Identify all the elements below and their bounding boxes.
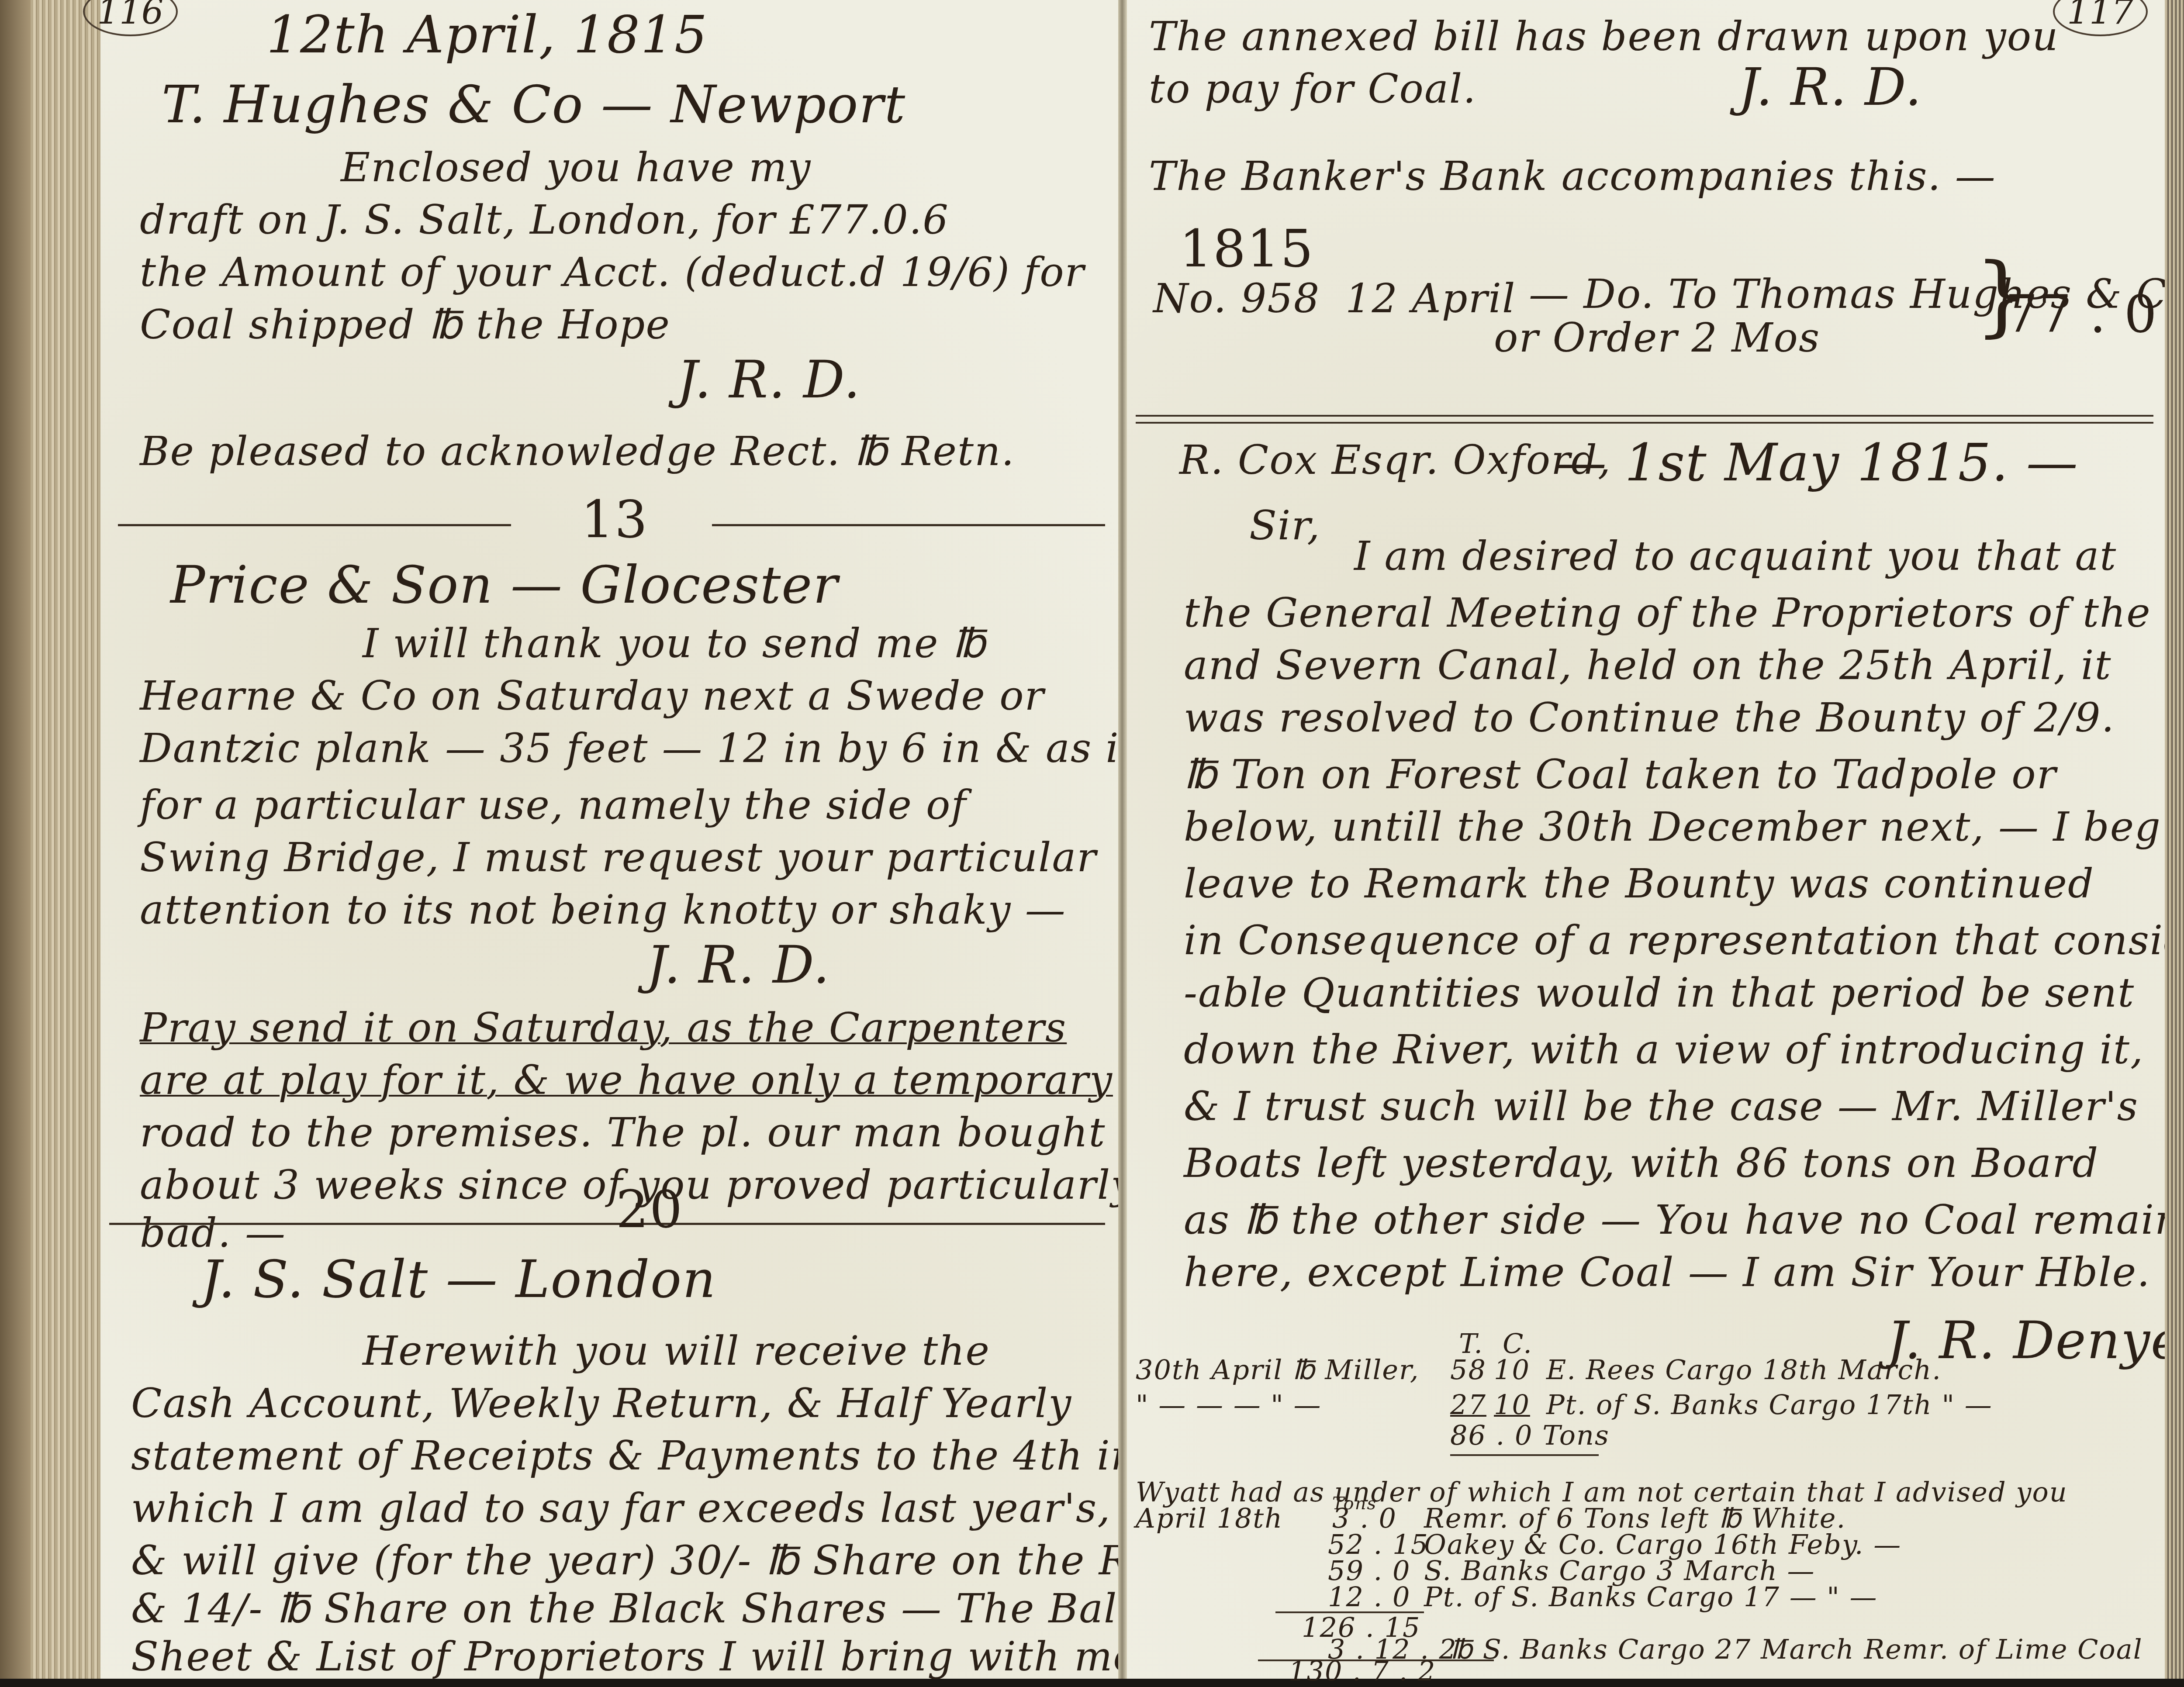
tonnage-row-cwt: 10 [1494, 1354, 1530, 1386]
entry2-body-1: Hearne & Co on Saturday next a Swede or [140, 673, 1045, 719]
letter-body-5: below, untill the 30th December next, — … [1184, 804, 2161, 850]
entry1-signature: J. R. D. [677, 349, 861, 410]
entry3-body-4: & will give (for the year) 30/- ℔ Share … [131, 1537, 1181, 1584]
letter-body-2: and Severn Canal, held on the 25th April… [1184, 642, 2112, 689]
entry2-body-3: for a particular use, namely the side of [140, 782, 967, 828]
total-rule [1450, 1454, 1599, 1456]
entry3-body-5: & 14/- ℔ Share on the Black Shares — The… [131, 1585, 1217, 1632]
tonnage-total: 86 . 0 Tons [1450, 1419, 1610, 1451]
entry2-body-4: Swing Bridge, I must request your partic… [140, 834, 1097, 881]
wyatt-row-note: Pt. of S. Banks Cargo 17 — " — [1424, 1581, 1878, 1613]
book-gutter [1118, 0, 1127, 1679]
letter-addressee: R. Cox Esqr. Oxford, [1179, 437, 1611, 483]
entry2-body-5: attention to its not being knotty or sha… [140, 887, 1066, 933]
letter-body-3: was resolved to Continue the Bounty of 2… [1184, 694, 2115, 741]
torn-edge [0, 0, 31, 1679]
bill-number: No. 958 [1153, 275, 1320, 322]
divider-rule [712, 524, 1105, 526]
letter-body-4: ℔ Ton on Forest Coal taken to Tadpole or [1184, 751, 2057, 798]
left-page: 116 12th April, 1815 T. Hughes & Co — Ne… [100, 0, 1118, 1679]
letter-body-0: I am desired to acquaint you that at [1354, 533, 2117, 580]
tonnage-row-label: 30th April ℔ Miller, [1136, 1354, 1420, 1386]
page-number-right: 117 [2053, 0, 2148, 36]
right-page: 117 The annexed bill has been drawn upon… [1127, 0, 2165, 1679]
entry1-addressee: T. Hughes & Co — Newport [162, 74, 906, 135]
tonnage-row-note: E. Rees Cargo 18th March. [1546, 1354, 1942, 1386]
entry2-date: 13 [581, 489, 648, 549]
entry1-date: 12th April, 1815 [266, 4, 708, 65]
continuation-0: The annexed bill has been drawn upon you [1149, 13, 2059, 60]
letter-body-10: & I trust such will be the case — Mr. Mi… [1184, 1083, 2139, 1130]
tonnage-row-label: " — — — " — [1136, 1389, 1322, 1421]
right-page-edges [2165, 0, 2184, 1679]
entry1-body-0: Enclosed you have my [341, 144, 811, 191]
entry2-body-0: I will thank you to send me ℔ [363, 620, 986, 667]
letter-body-6: leave to Remark the Bounty was continued [1184, 860, 2094, 907]
tonnage-row-tons: 58 [1450, 1354, 1486, 1386]
entry1-body-2: the Amount of your Acct. (deduct.d 19/6)… [140, 249, 1085, 296]
left-page-edges [0, 0, 100, 1679]
entry1-postscript: Be pleased to acknowledge Rect. ℔ Retn. [140, 428, 1015, 475]
entry3-addressee: J. S. Salt — London [201, 1249, 716, 1309]
bill-amount: 77 . 0 . 6 [2005, 284, 2184, 344]
entry2-postscript-0: Pray send it on Saturday, as the Carpent… [140, 1004, 1067, 1051]
letter-date: — 1st May 1815. — [1555, 432, 2079, 493]
wyatt-total: 130 . 7 . 2 [1289, 1655, 1436, 1679]
tonnage-row-note: Pt. of S. Banks Cargo 17th " — [1546, 1389, 1993, 1421]
letter-body-13: here, except Lime Coal — I am Sir Your H… [1184, 1249, 2184, 1296]
entry3-body-3: which I am glad to say far exceeds last … [131, 1485, 1111, 1532]
entry2-body-2: Dantzic plank — 35 feet — 12 in by 6 in … [140, 725, 1185, 772]
entry2-signature: J. R. D. [646, 935, 830, 995]
entry1-body-1: draft on J. S. Salt, London, for £77.0.6 [140, 197, 949, 243]
letter-body-8: -able Quantities would in that period be… [1184, 969, 2135, 1016]
tonnage-row-cwt: 10 [1494, 1389, 1530, 1421]
wyatt-extra-note: ℔ S. Banks Cargo 27 March Remr. of Lime … [1450, 1633, 2143, 1665]
entry3-body-1: Cash Account, Weekly Return, & Half Year… [131, 1380, 1072, 1427]
entry2-postscript-2: road to the premises. The pl. our man bo… [140, 1109, 1106, 1156]
wyatt-row-value: 12 . 0 [1328, 1581, 1410, 1613]
entry1-body-3: Coal shipped ℔ the Hope [140, 301, 670, 348]
letter-body-12: as ℔ the other side — You have no Coal r… [1184, 1197, 2184, 1243]
open-ledger-book: 116 12th April, 1815 T. Hughes & Co — Ne… [0, 0, 2184, 1679]
continuation-signature: J. R. D. [1738, 57, 1922, 117]
bill-year: 1815 [1179, 218, 1314, 279]
letter-body-7: in Consequence of a representation that … [1184, 917, 2184, 964]
divider-rule [109, 1223, 1105, 1225]
double-divider-rule [1136, 415, 2153, 424]
continuation-1: to pay for Coal. [1149, 66, 1477, 112]
bankers-note: The Banker's Bank accompanies this. — [1149, 153, 1996, 200]
letter-body-9: down the River, with a view of introduci… [1184, 1026, 2144, 1073]
bill-payee-2: or Order 2 Mos [1494, 314, 1820, 361]
letter-salutation: Sir, [1249, 502, 1321, 549]
entry3-date: 20 [616, 1179, 683, 1239]
entry2-postscript-1: are at play for it, & we have only a tem… [140, 1057, 1113, 1104]
entry3-body-0: Herewith you will receive the [363, 1328, 990, 1374]
divider-rule [118, 524, 511, 526]
entry3-body-2: statement of Receipts & Payments to the … [131, 1432, 1189, 1479]
entry2-addressee: Price & Son — Glocester [170, 555, 839, 615]
tonnage-row-tons: 27 [1450, 1389, 1486, 1421]
letter-body-11: Boats left yesterday, with 86 tons on Bo… [1184, 1140, 2099, 1187]
page-number-left: 116 [83, 0, 178, 36]
letter-body-1: the General Meeting of the Proprietors o… [1184, 590, 2184, 636]
bill-date: 12 April [1345, 275, 1516, 322]
entry3-body-6: Sheet & List of Proprietors I will bring… [131, 1633, 1151, 1679]
wyatt-date: April 18th [1136, 1502, 1283, 1534]
